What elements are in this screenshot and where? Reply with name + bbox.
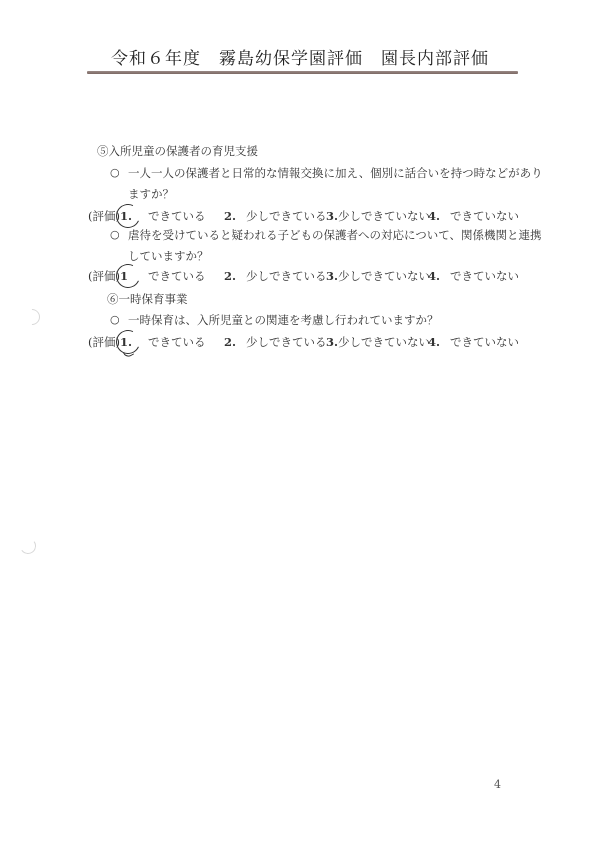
option-4-number[interactable]: 4. <box>428 208 440 224</box>
option-3[interactable]: 3.少しできていない <box>326 208 430 224</box>
option-2-number[interactable]: 2. <box>224 334 236 350</box>
option-3[interactable]: 3.少しできていない <box>326 268 430 284</box>
section-heading-6: ⑥一時保育事業 <box>107 292 188 306</box>
page-number: 4 <box>494 778 501 791</box>
option-1-number[interactable]: 1. <box>120 208 132 224</box>
option-3-number: 3. <box>326 335 338 349</box>
question-text-line: ますか？ <box>128 187 174 201</box>
option-3[interactable]: 3.少しできていない <box>326 334 430 350</box>
option-2-number[interactable]: 2. <box>224 208 236 224</box>
section-heading-5: ⑤入所児童の保護者の育児支援 <box>97 144 258 158</box>
punch-hole-icon <box>19 537 38 556</box>
question-bullet-icon: ○ <box>110 166 120 180</box>
option-3-number: 3. <box>326 209 338 223</box>
option-1-label[interactable]: できている <box>148 208 206 224</box>
option-2-label[interactable]: 少しできている <box>246 208 327 224</box>
option-2-label[interactable]: 少しできている <box>246 334 327 350</box>
question-bullet-icon: ○ <box>110 313 120 327</box>
option-1-number[interactable]: 1. <box>120 334 132 350</box>
option-1-label[interactable]: できている <box>148 268 206 284</box>
option-4-number[interactable]: 4. <box>428 334 440 350</box>
option-3-label: 少しできていない <box>338 209 430 223</box>
option-4-label[interactable]: できていない <box>450 268 519 284</box>
option-1-label[interactable]: できている <box>148 334 206 350</box>
page-title: 令和６年度 霧島幼保学園評価 園長内部評価 <box>0 44 600 69</box>
question-text-line: していますか？ <box>128 249 209 263</box>
option-2-label[interactable]: 少しできている <box>246 268 327 284</box>
option-1-number[interactable]: 1 <box>120 268 128 284</box>
question-text-line: 一人一人の保護者と日常的な情報交換に加え、個別に話合いを持つ時などがあり <box>128 166 543 180</box>
option-3-label: 少しできていない <box>338 269 430 283</box>
title-divider <box>87 71 518 74</box>
punch-hole-icon <box>21 306 44 329</box>
option-3-label: 少しできていない <box>338 335 430 349</box>
option-4-label[interactable]: できていない <box>450 334 519 350</box>
option-4-label[interactable]: できていない <box>450 208 519 224</box>
question-text-line: 一時保育は、入所児童との関連を考慮し行われていますか？ <box>128 313 439 327</box>
option-2-number[interactable]: 2. <box>224 268 236 284</box>
option-3-number: 3. <box>326 269 338 283</box>
option-4-number[interactable]: 4. <box>428 268 440 284</box>
question-text-line: 虐待を受けていると疑われる子どもの保護者への対応について、関係機関と連携 <box>128 228 542 242</box>
question-bullet-icon: ○ <box>110 228 120 242</box>
